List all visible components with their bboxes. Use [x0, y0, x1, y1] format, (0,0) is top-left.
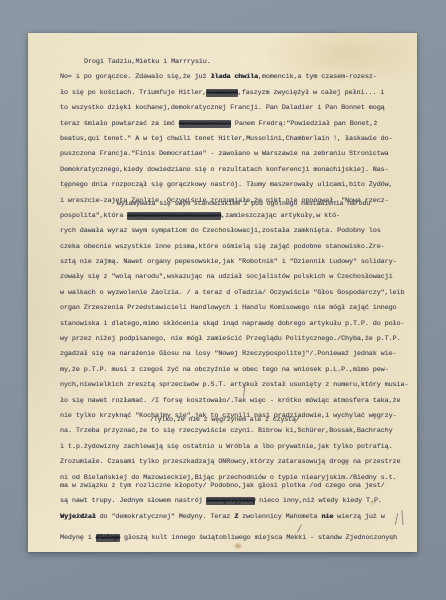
letter-text: wyłamywała się swym stanowiskiem z pod o… [117, 200, 370, 207]
letter-line: No= i po gorączce. Zdawało się,że już łl… [60, 70, 409, 85]
letter-line: na. Trzeba przyznać,że to się rzeczywiśc… [60, 424, 409, 439]
photo-of-letter: Drogi Tadziu,Mietku i Marrrysiu.No= i po… [0, 0, 446, 600]
letter-text: ło się po kościach. Triumfuje Hitler, [60, 89, 206, 97]
letter-text: głoszą kult innego świątobliwego miejsca… [120, 534, 397, 542]
letter-text: tępnego dnia rozpoczął się gorączkowy na… [60, 181, 393, 189]
letter-line: organ Zrzeszenia Przedstawicieli Handlow… [60, 301, 409, 316]
letter-text: Panem Fredrą:"Powiedział pan Bonet,ż [231, 120, 377, 128]
letter-text: Medynę i [60, 534, 96, 542]
letter-page: Drogi Tadziu,Mietku i Marrrysiu.No= i po… [28, 33, 417, 552]
letter-text: ,momencik,a tym czasem-rozesz- [258, 73, 377, 81]
letter-text: Drogi Tadziu,Mietku i Marrrysiu. [84, 58, 211, 66]
letter-line: stanowiska i dlatego,mimo skłócenia skąd… [60, 317, 409, 332]
letter-line: teraz śmiało powtarzać za imć xxxxxxxxxx… [60, 117, 409, 132]
letter-line: zowały się z "wolą narodu",wskazując na … [60, 270, 409, 285]
letter-text: my,że p.T.P. musi z czegoś żyć na obczyź… [60, 366, 389, 374]
letter-text: rych dawała wyraz swym sympatiom do Czec… [60, 227, 381, 235]
letter-line: w walkach o wyzwolenie Zaolzia. / a tera… [60, 286, 409, 301]
letter-text: są nawt trupy. Jednym słowem nastrój [60, 497, 206, 505]
letter-text: teraz śmiało powtarzać za imć [60, 120, 179, 128]
letter-line: Demokratycznego,kiedy dowiedziano się o … [60, 163, 409, 178]
letter-text: ma w związku z tym rozliczne kłopoty/ Po… [60, 482, 385, 490]
letter-line: beatus,qui tenet." A w tej chwili tenet … [60, 132, 409, 147]
letter-text: nych,niewielkich zresztą sprzeciwów p.S.… [60, 381, 408, 389]
letter-line: nych,niewielkich zresztą sprzeciwów p.S.… [60, 378, 409, 393]
letter-line: my,że p.T.P. musi z czegoś żyć na obczyź… [60, 363, 409, 378]
letter-text: wy przez niżej podpisanego, nie mógł zam… [60, 335, 400, 343]
letter-line: czeka obecnie wszystkie inne pisma,które… [60, 240, 409, 255]
letter-text: to wszystko dzięki kochanej,demokratyczn… [60, 104, 385, 112]
letter-line: ło się po kościach. Triumfuje Hitler,xxx… [60, 86, 409, 101]
letter-line: i t.p.żydowizny zachlewają się ostatnio … [60, 440, 409, 455]
letter-text: ,faszyzm zwyciężył w całej pełni... i [238, 89, 384, 97]
letter-line: Medynę i dlatego głoszą kult innego świą… [60, 531, 409, 546]
overtyped-bold-text: nie [321, 513, 333, 521]
letter-text: Zrozumiałe. Czasami tylko przeszkadzają … [60, 458, 400, 466]
letter-line: sztą nie zajmą. Nawet organy pepesowskie… [60, 255, 409, 270]
interline-insertion: wyłamywała się swym stanowiskiem z pod o… [117, 200, 370, 207]
letter-text: nieco inny,niż wtedy kiedy T.P. [255, 497, 382, 505]
letter-line: zgadzał się na narażenie Głosu na losy "… [60, 347, 409, 362]
letter-text: pospolita",która [60, 212, 127, 220]
letter-line: wy przez niżej podpisanego, nie mógł zam… [60, 332, 409, 347]
letter-line: Drogi Tadziu,Mietku i Marrrysiu. [60, 55, 409, 70]
interline-insertion: /Tylko,że nie z węgrzynem ale z czystą/ [150, 416, 300, 423]
overtyped-blackout-text: dlatego [96, 534, 120, 542]
letter-text: na. Trzeba przyznać,że to się rzeczywiśc… [60, 427, 393, 435]
letter-text: zowały się z "wolą narodu",wskazując na … [60, 273, 393, 281]
letter-text: puszczona Francja."Finis Democratiae" - … [60, 150, 389, 158]
letter-text: wierzą już w [333, 513, 384, 521]
letter-text: zgadzał się na narażenie Głosu na losy "… [60, 350, 397, 358]
letter-line: ma w związku z tym rozliczne kłopoty/ Po… [60, 479, 409, 494]
letter-text: do "demokratycznej" Medyny. Teraz [96, 513, 235, 521]
letter-text: Demokratycznego,kiedy dowiedziano się o … [60, 166, 389, 174]
letter-line: to wszystko dzięki kochanej,demokratyczn… [60, 101, 409, 116]
letter-text: organ Zrzeszenia Przedstawicieli Handlow… [60, 304, 397, 312]
letter-line: puszczona Francja."Finis Democratiae" - … [60, 147, 409, 162]
letter-text: ,zamieszczając artykuły,w któ- [221, 212, 340, 220]
letter-line: pospolita",która xxxxxxxxxxxxxxxxxxxxxxx… [60, 209, 409, 224]
overtyped-blackout-text: xxxxxxxxxxxxxxxxxxxxxxxxxxx [127, 212, 221, 220]
letter-text: zwolennicy Mahometa [238, 513, 321, 521]
letter-text: No= i po gorączce. Zdawało się,że już [60, 73, 210, 81]
overtyped-bold-text: łlada chwila [210, 73, 258, 81]
overtyped-blackout-text: xxxxxxxxxxxxxxx [179, 120, 231, 128]
overtyped-blackout-text: xxxxxprzyjxxxy [206, 497, 255, 505]
letter-line: Zrozumiałe. Czasami tylko przeszkadzają … [60, 455, 409, 470]
overtyped-blackout-text: xxxxxxxxx [206, 89, 237, 97]
letter-line: tępnego dnia rozpoczął się gorączkowy na… [60, 178, 409, 193]
letter-line: są nawt trupy. Jednym słowem nastrój xxx… [60, 494, 409, 509]
letter-line: rych dawała wyraz swym sympatiom do Czec… [60, 224, 409, 239]
letter-text: czeka obecnie wszystkie inne pisma,które… [60, 243, 385, 251]
letter-line: ło się nawet rozłamać. /I forsę kosztowa… [60, 394, 409, 409]
letter-text: beatus,qui tenet." A w tej chwili tenet … [60, 135, 393, 143]
letter-text: i t.p.żydowizny zachlewają się ostatnio … [60, 443, 393, 451]
overtyped-bold-text: Wyjeżdżał [60, 513, 96, 521]
letter-text: /Tylko,że nie z węgrzynem ale z czystą/ [150, 416, 300, 423]
letter-text: sztą nie zajmą. Nawet organy pepesowskie… [60, 258, 397, 266]
letter-text: ło się nawet rozłamać. /I forsę kosztowa… [60, 397, 400, 405]
letter-text: stanowiska i dlatego,mimo skłócenia skąd… [60, 320, 404, 328]
letter-line: Wyjeżdżał do "demokratycznej" Medyny. Te… [60, 510, 409, 525]
letter-text: w walkach o wyzwolenie Zaolzia. / a tera… [60, 289, 404, 297]
